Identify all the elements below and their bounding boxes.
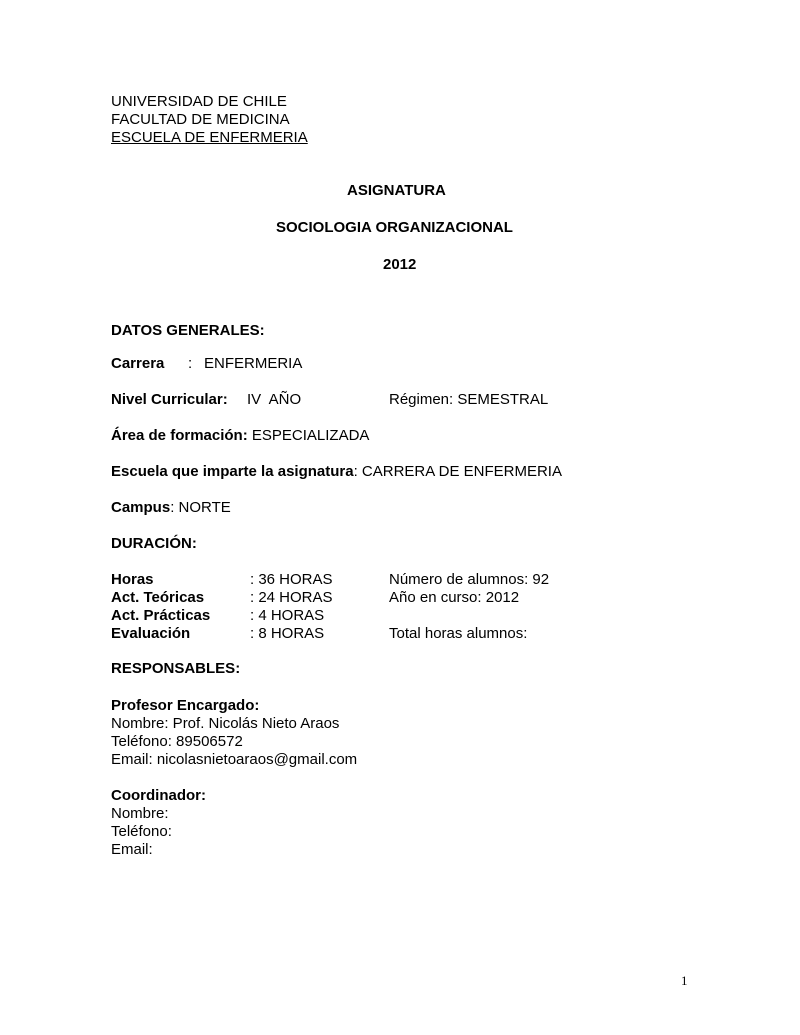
campus: Campus: NORTE [111,499,231,517]
coordinador-telefono: Teléfono: [111,823,172,841]
university-name: UNIVERSIDAD DE CHILE [111,93,287,111]
practicas-label: Act. Prácticas [111,607,210,625]
area-formacion: Área de formación: ESPECIALIZADA [111,427,369,445]
profesor-telefono: Teléfono: 89506572 [111,733,243,751]
escuela-imparte: Escuela que imparte la asignatura: CARRE… [111,463,562,481]
escuela-label: Escuela que imparte la asignatura [111,463,354,480]
datos-generales-heading: DATOS GENERALES: [111,322,265,340]
coordinador-email: Email: [111,841,153,859]
subject-name: SOCIOLOGIA ORGANIZACIONAL [276,219,513,237]
evaluacion-label: Evaluación [111,625,190,643]
subject-label: ASIGNATURA [347,182,446,200]
practicas-value: : 4 HORAS [250,607,324,625]
nivel-value: IV AÑO [247,391,301,409]
profesor-email: Email: nicolasnietoaraos@gmail.com [111,751,357,769]
profesor-heading: Profesor Encargado: [111,697,259,715]
responsables-heading: RESPONSABLES: [111,660,240,678]
school-name: ESCUELA DE ENFERMERIA [111,129,308,147]
nivel-label: Nivel Curricular: [111,391,228,409]
anio-curso: Año en curso: 2012 [389,589,519,607]
teoricas-value: : 24 HORAS [250,589,333,607]
total-horas-alumnos: Total horas alumnos: [389,625,527,643]
horas-value: : 36 HORAS [250,571,333,589]
area-label: Área de formación: [111,427,248,444]
carrera-label: Carrera [111,355,164,373]
campus-value: : NORTE [170,499,231,516]
area-value: ESPECIALIZADA [248,427,370,444]
coordinador-nombre: Nombre: [111,805,169,823]
duracion-heading: DURACIÓN: [111,535,197,553]
carrera-value: ENFERMERIA [204,355,302,373]
horas-label: Horas [111,571,154,589]
teoricas-label: Act. Teóricas [111,589,204,607]
page-number: 1 [681,972,688,990]
carrera-separator: : [188,355,192,373]
numero-alumnos: Número de alumnos: 92 [389,571,549,589]
faculty-name: FACULTAD DE MEDICINA [111,111,290,129]
subject-year: 2012 [383,256,416,274]
regimen: Régimen: SEMESTRAL [389,391,548,409]
evaluacion-value: : 8 HORAS [250,625,324,643]
campus-label: Campus [111,499,170,516]
profesor-nombre: Nombre: Prof. Nicolás Nieto Araos [111,715,339,733]
coordinador-heading: Coordinador: [111,787,206,805]
escuela-value: : CARRERA DE ENFERMERIA [354,463,562,480]
